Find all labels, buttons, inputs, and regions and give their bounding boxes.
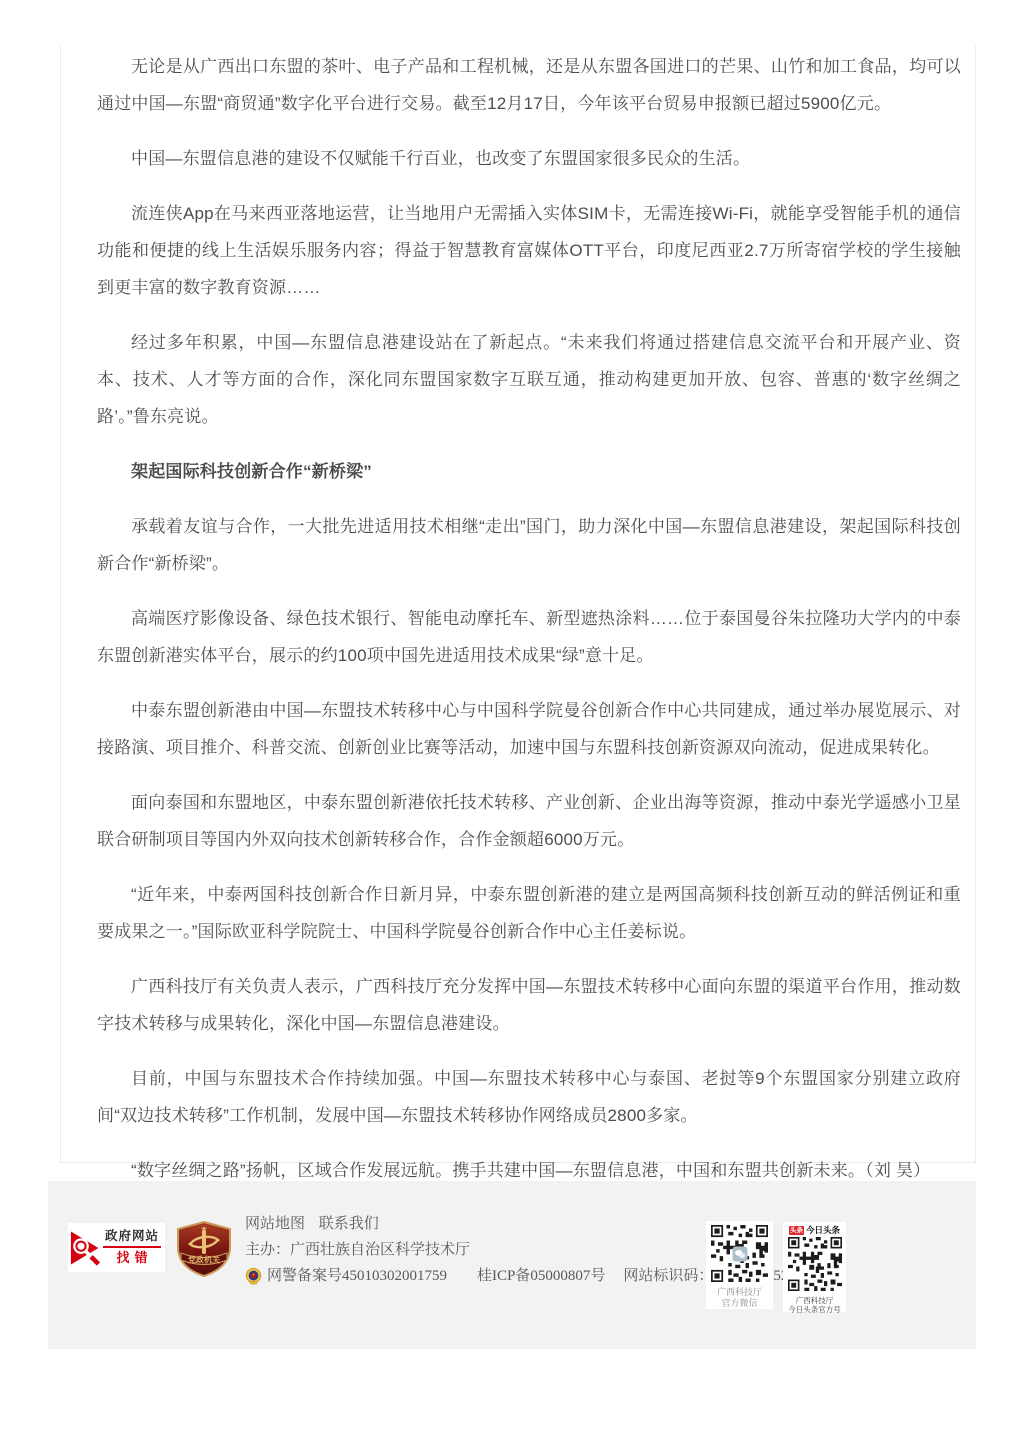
party-gov-shield-badge[interactable]: 党政机关 — [174, 1221, 234, 1277]
wechat-qr-caption-2: 官方微信 — [706, 1298, 773, 1309]
toutiao-qr-caption-2: 今日头条官方号 — [783, 1305, 846, 1314]
magnifier-flag-icon — [70, 1228, 103, 1268]
section-heading: 架起国际科技创新合作“新桥梁” — [97, 453, 961, 490]
page: 无论是从广西出口东盟的茶叶、电子产品和工程机械，还是从东盟各国进口的芒果、山竹和… — [0, 0, 1024, 1449]
article-paragraph: 无论是从广西出口东盟的茶叶、电子产品和工程机械，还是从东盟各国进口的芒果、山竹和… — [97, 48, 961, 122]
contact-link[interactable]: 联系我们 — [319, 1216, 379, 1232]
error-badge-line2: 找错 — [103, 1249, 161, 1267]
toutiao-logo-icon: 头条 — [789, 1226, 804, 1235]
toutiao-header: 头条 今日头条 — [783, 1224, 846, 1236]
police-badge-icon — [245, 1268, 262, 1285]
article-paragraph: 广西科技厅有关负责人表示，广西科技厅充分发挥中国—东盟技术转移中心面向东盟的渠道… — [97, 968, 961, 1042]
wechat-qr-caption-1: 广西科技厅 — [706, 1287, 773, 1298]
error-badge-text: 政府网站 找错 — [103, 1228, 161, 1267]
article-paragraph: 经过多年积累，中国—东盟信息港建设站在了新起点。“未来我们将通过搭建信息交流平台… — [97, 324, 961, 435]
toutiao-qr-code — [788, 1237, 842, 1291]
article-paragraph: 流连侠App在马来西亚落地运营，让当地用户无需插入实体SIM卡，无需连接Wi-F… — [97, 195, 961, 306]
article-body: 无论是从广西出口东盟的茶叶、电子产品和工程机械，还是从东盟各国进口的芒果、山竹和… — [60, 46, 976, 1163]
article-paragraph: “近年来，中泰两国科技创新合作日新月异，中泰东盟创新港的建立是两国高频科技创新互… — [97, 876, 961, 950]
qr-wechat-box: 广西科技厅 官方微信 — [706, 1221, 773, 1309]
article-paragraph: 中泰东盟创新港由中国—东盟技术转移中心与中国科学院曼谷创新合作中心共同建成，通过… — [97, 692, 961, 766]
qr-toutiao-box: 头条 今日头条 广西科技厅 今日头条官方号 — [783, 1222, 846, 1312]
toutiao-name: 今日头条 — [806, 1224, 840, 1236]
toutiao-qr-caption-1: 广西科技厅 — [783, 1296, 846, 1305]
police-record-link[interactable]: 网警备案号45010302001759 — [267, 1263, 447, 1289]
error-badge-line1: 政府网站 — [103, 1228, 161, 1248]
gov-site-error-badge[interactable]: 政府网站 找错 — [68, 1223, 165, 1272]
wechat-icon — [732, 1246, 747, 1261]
icp-link[interactable]: 桂ICP备05000807号 — [477, 1263, 605, 1289]
article-paragraph: 高端医疗影像设备、绿色技术银行、智能电动摩托车、新型遮热涂料……位于泰国曼谷朱拉… — [97, 600, 961, 674]
article-paragraph: 中国—东盟信息港的建设不仅赋能千行百业，也改变了东盟国家很多民众的生活。 — [97, 140, 961, 177]
sitemap-link[interactable]: 网站地图 — [245, 1216, 305, 1232]
article-paragraph: 目前，中国与东盟技术合作持续加强。中国—东盟技术转移中心与泰国、老挝等9个东盟国… — [97, 1060, 961, 1134]
shield-badge-label: 党政机关 — [188, 1255, 220, 1265]
shield-icon: 党政机关 — [174, 1221, 234, 1277]
article-paragraph: 承载着友谊与合作，一大批先进适用技术相继“走出”国门，助力深化中国—东盟信息港建… — [97, 508, 961, 582]
article-paragraph: 面向泰国和东盟地区，中泰东盟创新港依托技术转移、产业创新、企业出海等资源，推动中… — [97, 784, 961, 858]
page-footer: 政府网站 找错 党政机关 — [48, 1181, 976, 1349]
